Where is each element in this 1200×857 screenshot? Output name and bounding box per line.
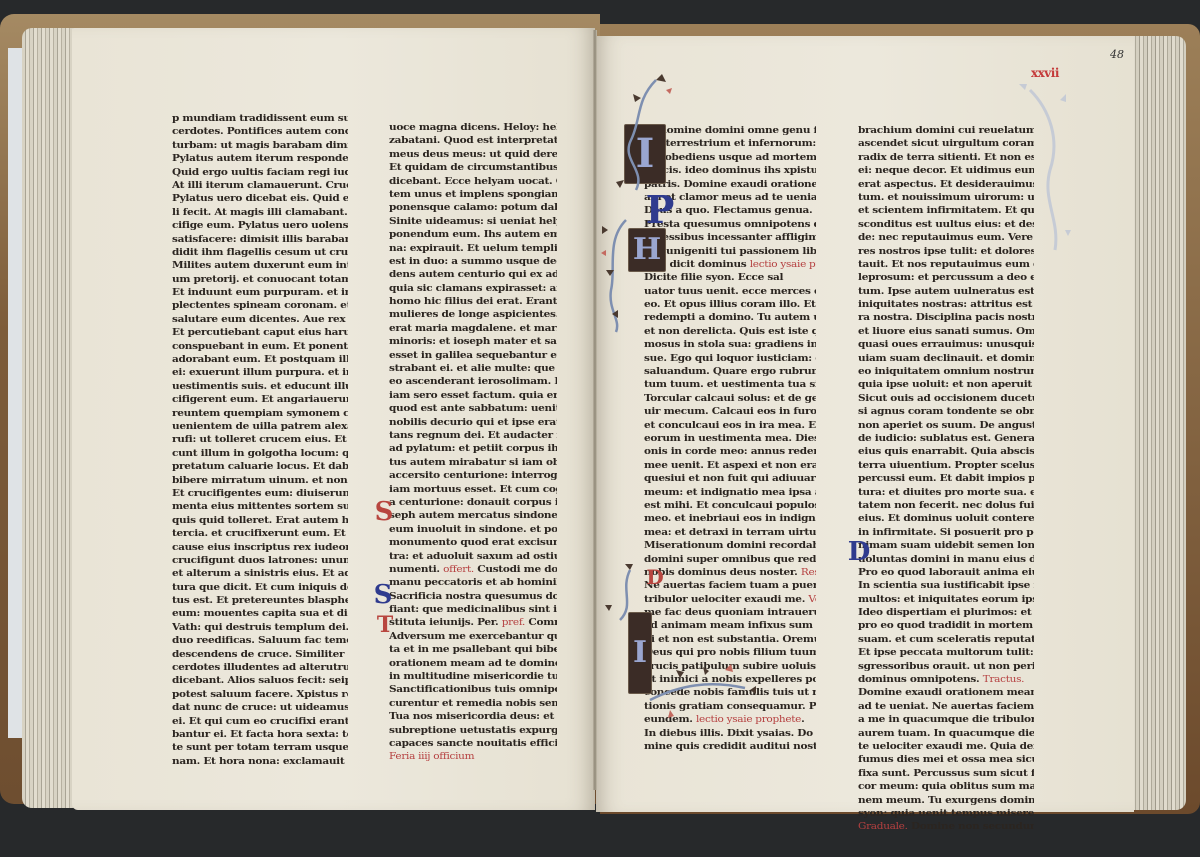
manuscript-text-line: subreptione uetustatis expurget: et xyxy=(389,724,557,735)
manuscript-text-line: saluandum. Quare ergo rubrum est indumen xyxy=(644,366,816,377)
manuscript-text-line: Pylatus uero dicebat eis. Quid enim ma xyxy=(172,193,348,204)
manuscript-text-line: ponensque calamo: potum dabat ei dicens. xyxy=(389,202,557,213)
manuscript-text-line: tum. et nouissimum uirorum: uirum doloru… xyxy=(858,191,1034,202)
manuscript-text-line: cunt illum in golgotha locum: quod est i… xyxy=(172,447,348,458)
manuscript-text-line: tura: et diuites pro morte sua. eo quod … xyxy=(858,486,1034,497)
text-column-4: brachium domini cui reuelatum est. Etasc… xyxy=(858,124,1034,834)
manuscript-text-line: tem unus et implens spongiam aceto. circ… xyxy=(389,188,557,199)
manuscript-text-line: in multitudine misericordie tue. postcom… xyxy=(389,670,557,681)
manuscript-text-line: Torcular calcaui solus: et de gentibus n… xyxy=(644,392,816,403)
manuscript-text-line: uiam suam declinauit. et dominus posuit … xyxy=(858,352,1034,363)
manuscript-text-line: est mihi. Et conculcaui populos in furor… xyxy=(644,499,816,510)
manuscript-text-line: turbam: ut magis barabam dimitteret eis. xyxy=(172,139,348,150)
manuscript-text-line: fixa sunt. Percussus sum sicut fenum et … xyxy=(858,767,1034,778)
manuscript-text-line: meum: et indignatio mea ipsa auxiliata xyxy=(644,486,816,497)
manuscript-text-line: eorum in uestimenta mea. Dies enim ulti xyxy=(644,432,816,443)
manuscript-text-line: conspuebant in eum. Et ponentes genua xyxy=(172,340,348,351)
manuscript-text-line: et liuore eius sanati sumus. Omnes nos xyxy=(858,325,1034,336)
manuscript-text-line: minoris: et ioseph mater et salome. Et c… xyxy=(389,336,557,347)
manuscript-text-line: cerdotes. Pontifices autem concitauerunt xyxy=(172,126,348,137)
manuscript-text-line: rufi: ut tolleret crucem eius. Et perdu xyxy=(172,434,348,445)
manuscript-text-line: esset in galilea sequebantur eum. et min… xyxy=(389,349,557,360)
manuscript-text-line: terra uiuentium. Propter scelus populi m… xyxy=(858,459,1034,470)
manuscript-text-line: quia ipse uoluit: et non aperuit os suum… xyxy=(858,379,1034,390)
manuscript-text-line: tercia. et crucifixerunt eum. Et erat ti… xyxy=(172,528,348,539)
manuscript-text-line: tus est. Et pretereuntes blasphemabant xyxy=(172,595,348,606)
manuscript-text-line: iniquitates nostras: attritus est propte… xyxy=(858,299,1034,310)
manuscript-text-line: Graduale. Domine non secundum xyxy=(858,821,1034,832)
running-head: xxvii xyxy=(1031,66,1059,80)
manuscript-text-line: uir mecum. Calcaui eos in furore meo: xyxy=(644,406,816,417)
manuscript-text-line: brachium domini cui reuelatum est. Et xyxy=(858,124,1034,135)
manuscript-text-line: capaces sancte nouitatis efficiat. Per. xyxy=(389,737,557,748)
manuscript-text-line: te sunt per totam terram usque ad horam … xyxy=(172,742,348,753)
manuscript-text-line: tum. Ipse autem uulneratus est propter xyxy=(858,285,1034,296)
manuscript-text-line: quis quid tolleret. Erat autem hora xyxy=(172,514,348,525)
manuscript-text-line: erat maria magdalene. et maria iacobi xyxy=(389,322,557,333)
manuscript-text-line: Sicut ouis ad occisionem ducetur: et qua xyxy=(858,392,1034,403)
manuscript-text-line: sgressoribus orauit. ut non perirent. Di… xyxy=(858,660,1034,671)
manuscript-text-line: Pro eo quod laborauit anima eius: uidebi… xyxy=(858,566,1034,577)
manuscript-text-line: Milites autem duxerunt eum intro in atri xyxy=(172,260,348,271)
manuscript-text-line: nem meum. Tu exurgens domine misereberis xyxy=(858,794,1034,805)
initial-S-blue: S xyxy=(373,580,393,610)
manuscript-text-line: eius. Et dominus uoluit conterere eum: xyxy=(858,513,1034,524)
manuscript-text-line: curentur et remedia nobis sempiterna pro… xyxy=(389,697,557,708)
manuscript-text-line: pro eo quod tradidit in mortem animam xyxy=(858,620,1034,631)
manuscript-text-line: cifigerent eum. Et angariauerunt prete xyxy=(172,394,348,405)
manuscript-text-line: tra: et aduoluit saxum ad ostium mo xyxy=(389,550,557,561)
manuscript-text-line: quod est ante sabbatum: uenit ioseph ab … xyxy=(389,403,557,414)
manuscript-text-line: didit ihm flagellis cesum ut crucifigere… xyxy=(172,246,348,257)
manuscript-text-line: mine quis credidit auditui nostro. et xyxy=(644,740,816,751)
vine-ornament-faded xyxy=(1010,80,1080,260)
manuscript-text-line: menta eius mittentes sortem super eis xyxy=(172,501,348,512)
manuscript-text-line: Et percutiebant caput eius harundine. et xyxy=(172,327,348,338)
manuscript-text-line: salutare eum dicentes. Aue rex iudeorum. xyxy=(172,313,348,324)
manuscript-text-line: eius quis enarrabit. Quia abscisus est d… xyxy=(858,446,1034,457)
manuscript-text-line: erat aspectus. Et desiderauimus eum desp… xyxy=(858,178,1034,189)
manuscript-text-line: et alterum a sinistris eius. Et adimplet… xyxy=(172,568,348,579)
manuscript-text-line: sue. Ego qui loquor iusticiam: et propug… xyxy=(644,352,816,363)
manuscript-text-line: non aperiet os suum. De angustia et xyxy=(858,419,1034,430)
manuscript-text-line: um pretorij. et conuocant totam cohortem… xyxy=(172,273,348,284)
manuscript-text-line: quesiui et non fuit qui adiuuaret. Et sa… xyxy=(644,473,816,484)
manuscript-text-line: de: nec reputauimus eum. Vere languo xyxy=(858,232,1034,243)
manuscript-text-line: eum: mouentes capita sua et dicentes. xyxy=(172,608,348,619)
manuscript-text-line: iam sero esset factum. quia erat parasce… xyxy=(389,389,557,400)
manuscript-text-line: nam. Et hora nona: exclamauit ihs xyxy=(172,755,348,766)
manuscript-text-line: Ideo dispertiam ei plurimos: et fortium … xyxy=(858,607,1034,618)
manuscript-text-line: pretatum caluarie locus. Et dabant ei xyxy=(172,461,348,472)
manuscript-text-line: Domine exaudi orationem meam et clamor m… xyxy=(858,687,1034,698)
manuscript-text-line: na: expirauit. Et uelum templi scissum xyxy=(389,242,557,253)
manuscript-text-line: Quid ergo uultis faciam regi iudeorum. xyxy=(172,166,348,177)
manuscript-text-line: ei: exuerunt illum purpura. et induerunt… xyxy=(172,367,348,378)
manuscript-text-line: homo hic filius dei erat. Erant autem et xyxy=(389,296,557,307)
manuscript-text-line: meus deus meus: ut quid dereliquisti me. xyxy=(389,148,557,159)
manuscript-text-line: cifige eum. Pylatus uero uolens populo xyxy=(172,220,348,231)
manuscript-text-line: li fecit. At magis illi clamabant. Cru xyxy=(172,206,348,217)
manuscript-text-line: mea: et detraxi in terram uirtutem eorum… xyxy=(644,526,816,537)
manuscript-text-line: uoce magna dicens. Heloy: heloy: lama xyxy=(389,121,557,132)
manuscript-text-line: eo iniquitatem omnium nostrum. Oblatus e… xyxy=(858,366,1034,377)
manuscript-text-line: stituta ieiunijs. Per. pref. Communio. xyxy=(389,617,557,628)
manuscript-text-line: tatem non fecerit. nec dolus fuit in ore xyxy=(858,499,1034,510)
manuscript-text-line: tauit. Et nos reputauimus eum quasi xyxy=(858,258,1034,269)
manuscript-text-line: et conculcaui eos in ira mea. Et aspersu… xyxy=(644,419,816,430)
manuscript-text-line: Vath: qui destruis templum dei. et in tr… xyxy=(172,621,348,632)
manuscript-text-line: Adversum me exercebantur qui sedebant in… xyxy=(389,630,557,641)
initial-S-red: S xyxy=(373,497,395,527)
manuscript-text-line: eo ascenderant ierosolimam. Et cum xyxy=(389,376,557,387)
manuscript-text-line: syon: quia uenit tempus miserendi eius. xyxy=(858,807,1034,818)
manuscript-text-line: a me in quacumque die tribulor inclina a… xyxy=(858,714,1034,725)
page-edges-left xyxy=(22,28,77,808)
vine-ornament-top xyxy=(596,70,696,340)
manuscript-text-line: bibere mirratum uinum. et non accepit. xyxy=(172,474,348,485)
manuscript-text-line: de iudicio: sublatus est. Generationem xyxy=(858,432,1034,443)
manuscript-text-line: quasi oues errauimus: unusquisque in xyxy=(858,339,1034,350)
manuscript-text-line: Et quidam de circumstantibus audientes xyxy=(389,162,557,173)
manuscript-text-line: nimam suam uidebit semen longeuum: et xyxy=(858,540,1034,551)
manuscript-text-line: Et crucifigentes eum: diuiserunt uesti xyxy=(172,487,348,498)
manuscript-text-line: cause eius inscriptus rex iudeorum. Et c… xyxy=(172,541,348,552)
manuscript-text-line: dicebant. Alios saluos fecit: seipsum no… xyxy=(172,675,348,686)
manuscript-text-line: crucifigunt duos latrones: unum a dextri… xyxy=(172,554,348,565)
manuscript-text-line: plectentes spineam coronam. et ceperunt xyxy=(172,300,348,311)
manuscript-text-line: ei. Et qui cum eo crucifixi erant: conui… xyxy=(172,715,348,726)
manuscript-text-line: monumento quod erat excisum de pe xyxy=(389,537,557,548)
manuscript-text-line: ascendet sicut uirgultum coram eo: et si… xyxy=(858,138,1034,149)
manuscript-text-line: orationem meam ad te domine tempus benep… xyxy=(389,657,557,668)
manuscript-text-line: zabatani. Quod est interpretatum. Deus xyxy=(389,135,557,146)
initial-D-blue: D xyxy=(846,538,872,566)
manuscript-text-line: onis in corde meo: annus redemptionis xyxy=(644,446,816,457)
manuscript-text-line: bantur ei. Et facta hora sexta: tenebre … xyxy=(172,728,348,739)
manuscript-text-line: eum inuoluit in sindone. et posuit eum i… xyxy=(389,523,557,534)
folio-number: 48 xyxy=(1110,48,1124,61)
manuscript-text-line: cor meum: quia oblitus sum manducare pa xyxy=(858,781,1034,792)
text-column-1: p mundiam tradidissent eum summi sacerdo… xyxy=(172,112,348,768)
manuscript-text-line: Sinite uideamus: si ueniat helyas ad de xyxy=(389,215,557,226)
manuscript-text-line: sconditus est uultus eius: et despectus.… xyxy=(858,218,1034,229)
manuscript-text-line: uoluntas domini in manu eius dirigetur. xyxy=(858,553,1034,564)
manuscript-text-line: Et induunt eum purpuram. et imponunt ei xyxy=(172,287,348,298)
manuscript-text-line: ad te ueniat. Ne auertas faciem tuam xyxy=(858,700,1034,711)
manuscript-text-line: meo. et inebriaui eos in indignatione xyxy=(644,513,816,524)
manuscript-text-line: mee uenit. Et aspexi et non erat auxilia… xyxy=(644,459,816,470)
manuscript-text-line: est in duo: a summo usque deorsum. Vi xyxy=(389,255,557,266)
manuscript-text-line: mulieres de longe aspicientes. inter qua… xyxy=(389,309,557,320)
manuscript-text-line: fiant: que medicinalibus sint in xyxy=(389,604,557,615)
initial-T-red: T xyxy=(375,612,395,638)
manuscript-text-line: et scientem infirmitatem. Et quasi ab xyxy=(858,205,1034,216)
manuscript-text-line: te uelociter exaudi me. Quia defecerunt … xyxy=(858,740,1034,751)
manuscript-text-line: uenientem de uilla patrem alexandri et xyxy=(172,420,348,431)
text-column-2: uoce magna dicens. Heloy: heloy: lamazab… xyxy=(389,121,557,764)
manuscript-text-line: radix de terra sitienti. Et non est spec… xyxy=(858,151,1034,162)
vine-ornament-bottom xyxy=(600,560,760,730)
manuscript-text-line: iam mortuus esset. Et cum cognouisset xyxy=(389,483,557,494)
manuscript-text-line: Et ipse peccata multorum tulit: et pro t… xyxy=(858,647,1034,658)
manuscript-text-line: adorabant eum. Et postquam illuserunt xyxy=(172,354,348,365)
manuscript-text-line: descendens de cruce. Similiter et summi … xyxy=(172,648,348,659)
manuscript-text-line: potest saluum facere. Xpistus rex israel… xyxy=(172,688,348,699)
manuscript-text-line: tum tuum. et uestimenta tua sicut calcan… xyxy=(644,379,816,390)
manuscript-text-line: aurem tuam. In quacumque die inuocauero xyxy=(858,727,1034,738)
manuscript-text-line: dens autem centurio qui ex aduerso staba… xyxy=(389,269,557,280)
manuscript-text-line: ponendum eum. Ihs autem emissa uoce mag xyxy=(389,229,557,240)
manuscript-text-line: strabant ei. et alie multe: que simul cu… xyxy=(389,363,557,374)
manuscript-text-line: leprosum: et percussum a deo et humilia xyxy=(858,272,1034,283)
manuscript-text-line: Tua nos misericordia deus: et ab omni xyxy=(389,711,557,722)
manuscript-text-line: accersito centurione: interrogauit eum s… xyxy=(389,470,557,481)
manuscript-text-line: fumus dies mei et ossa mea sicut in frix… xyxy=(858,754,1034,765)
manuscript-text-line: dicebant. Ecce helyam uocat. Currens au xyxy=(389,175,557,186)
manuscript-text-line: In scientia sua iustificabit ipse iustus… xyxy=(858,580,1034,591)
manuscript-text-line: duo reedificas. Saluum fac temetipsum xyxy=(172,635,348,646)
manuscript-text-line: dominus omnipotens. Tractus. xyxy=(858,673,1034,684)
manuscript-text-line: p mundiam tradidissent eum summi sa xyxy=(172,112,348,123)
manuscript-text-line: si agnus coram tondente se obmutescet: e… xyxy=(858,406,1034,417)
manuscript-text-line: Sacrificia nostra quesumus domine perfus… xyxy=(389,590,557,601)
manuscript-text-line: tus autem mirabatur si iam obisset. Et xyxy=(389,456,557,467)
manuscript-text-line: quia sic clamans expirasset: ait. Vere xyxy=(389,282,557,293)
manuscript-text-line: seph autem mercatus sindonem: et deponen… xyxy=(389,510,557,521)
manuscript-text-line: mosus in stola sua: gradiens in multitud… xyxy=(644,339,816,350)
manuscript-text-line: res nostros ipse tulit: et dolores nostr… xyxy=(858,245,1034,256)
manuscript-text-line: cerdotes illudentes ad alterutrum cum sc… xyxy=(172,661,348,672)
manuscript-text-line: reuntem quempiam symonem cyreneum xyxy=(172,407,348,418)
manuscript-text-line: tura que dicit. Et cum iniquis deputa xyxy=(172,581,348,592)
manuscript-text-line: suam. et cum sceleratis reputatus est. xyxy=(858,633,1034,644)
manuscript-text-line: Feria iiij officium xyxy=(389,751,557,762)
manuscript-text-line: in infirmitate. Si posuerit pro peccato … xyxy=(858,526,1034,537)
manuscript-text-line: a centurione: donauit corpus ioseph. Io xyxy=(389,496,557,507)
manuscript-text-line: multos: et iniquitates eorum ipse portab… xyxy=(858,593,1034,604)
manuscript-text-line: dat nunc de cruce: ut uideamus et credam… xyxy=(172,702,348,713)
manuscript-text-line: Pylatus autem iterum respondens ait illi… xyxy=(172,153,348,164)
manuscript-text-line: ad pylatum: et petiit corpus ihu. Pyla xyxy=(389,443,557,454)
manuscript-text-line: Miserationum domini recordabor. laudem xyxy=(644,540,816,551)
manuscript-text-line: numenti. offert. Custodi me domine de xyxy=(389,563,557,574)
manuscript-text-line: percussi eum. Et dabit impios pro sepul xyxy=(858,473,1034,484)
manuscript-text-line: manu peccatoris et ab hominibus iniquis … xyxy=(389,577,557,588)
page-edges-right xyxy=(1128,36,1186,810)
manuscript-text-line: ra nostra. Disciplina pacis nostre super… xyxy=(858,312,1034,323)
manuscript-text-line: tans regnum dei. Et audacter introiuit xyxy=(389,429,557,440)
manuscript-text-line: At illi iterum clamauerunt. Crucifige eu… xyxy=(172,179,348,190)
manuscript-text-line: Sanctificationibus tuis omnipotens deus:… xyxy=(389,684,557,695)
manuscript-text-line: ei: neque decor. Et uidimus eum: et non xyxy=(858,165,1034,176)
manuscript-text-line: uestimentis suis. et educunt illum ut cr… xyxy=(172,380,348,391)
manuscript-text-line: satisfacere: dimisit illis barabam. et t… xyxy=(172,233,348,244)
manuscript-text-line: nobilis decurio qui et ipse erat exspec xyxy=(389,416,557,427)
manuscript-text-line: ta et in me psallebant qui bibebant uinu… xyxy=(389,644,557,655)
